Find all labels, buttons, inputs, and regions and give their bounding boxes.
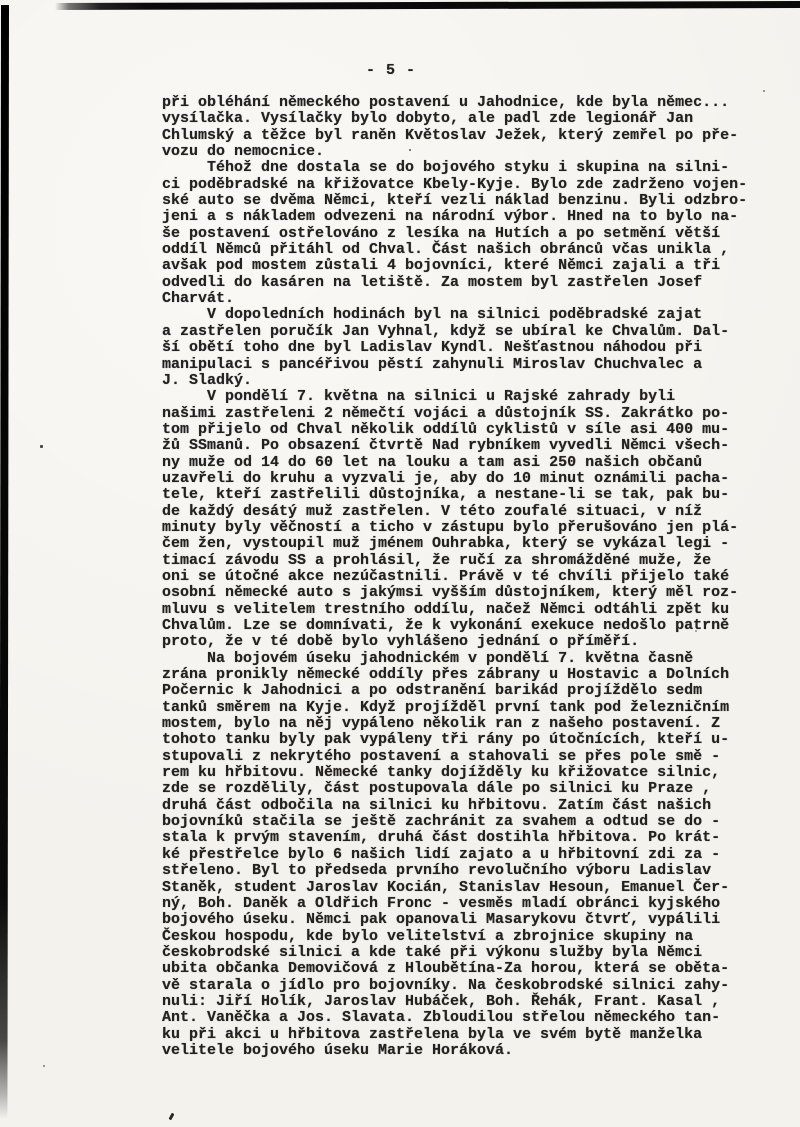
text-line: vozu do nemocnice. bbox=[162, 144, 762, 160]
text-line: při obléhání německého postavení u Jahod… bbox=[162, 95, 762, 111]
text-line: manipulaci s pancéřivou pěstí zahynuli M… bbox=[162, 357, 762, 373]
text-line: oni se útočné akce nezúčastnili. Právě v… bbox=[162, 569, 762, 585]
text-line: zde se rozdělily, část postupovala dále … bbox=[162, 781, 762, 797]
text-line: Počernic k Jahodnici a po odstranění bar… bbox=[162, 683, 762, 699]
text-line: Téhož dne dostala se do bojového styku i… bbox=[162, 160, 762, 176]
scan-speck bbox=[43, 1065, 45, 1067]
typewritten-text: při obléhání německého postavení u Jahod… bbox=[162, 95, 762, 1059]
text-line: Ant. Vaněčka a Jos. Slavata. Zbloudilou … bbox=[162, 1010, 762, 1026]
text-line: J. Sladký. bbox=[162, 373, 762, 389]
scan-edge-left-bar bbox=[0, 5, 9, 1119]
text-line: vysílačka. Vysílačky bylo dobyto, ale pa… bbox=[162, 111, 762, 127]
text-line: ské auto se dvěma Němci, kteří vezli nák… bbox=[162, 193, 762, 209]
scan-speck bbox=[40, 445, 43, 448]
text-line: střeleno. Byl to předseda prvního revolu… bbox=[162, 863, 762, 879]
text-line: našimi zastřeleni 2 němečtí vojáci a důs… bbox=[162, 406, 762, 422]
text-line: druhá část odbočila na silnici ku hřbito… bbox=[162, 798, 762, 814]
text-line: ku při akci u hřbitova zastřelena byla v… bbox=[162, 1027, 762, 1043]
page-number: - 5 - bbox=[366, 62, 416, 79]
text-line: vě starala o jídlo pro bojovníky. Na čes… bbox=[162, 978, 762, 994]
text-line: žů SSmanů. Po obsazení čtvrtě Nad rybník… bbox=[162, 438, 762, 454]
text-line: a zastřelen poručík Jan Vyhnal, když se … bbox=[162, 324, 762, 340]
text-line: Českou hospodu, kde bylo velitelství a z… bbox=[162, 929, 762, 945]
text-line: rem ku hřbitovu. Německé tanky dojížděly… bbox=[162, 765, 762, 781]
scan-speck bbox=[169, 1113, 175, 1121]
text-line: velitele bojového úseku Marie Horáková. bbox=[162, 1043, 762, 1059]
scan-speck bbox=[695, 630, 697, 632]
scan-edge-top-band bbox=[55, 1, 800, 10]
text-line: uzavřeli do kruhu a vyzvali je, aby do 1… bbox=[162, 471, 762, 487]
text-line: českobrodské silnici a kde také při výko… bbox=[162, 945, 762, 961]
text-line: Chlumský a těžce byl raněn Květoslav Jež… bbox=[162, 128, 762, 144]
text-line: Na bojovém úseku jahodnickém v pondělí 7… bbox=[162, 651, 762, 667]
text-line: mluvu s velitelem trestního oddílu, nače… bbox=[162, 602, 762, 618]
text-line: ší obětí toho dne byl Ladislav Kyndl. Ne… bbox=[162, 340, 762, 356]
text-line: timací závodu SS a prohlásil, že ručí za… bbox=[162, 553, 762, 569]
text-line: avšak pod mostem zůstali 4 bojovníci, kt… bbox=[162, 258, 762, 274]
text-line: bojového úseku. Němci pak opanovali Masa… bbox=[162, 912, 762, 928]
text-line: minuty byly věčností a ticho v zástupu b… bbox=[162, 520, 762, 536]
text-line: de každý desátý muž zastřelen. V této zo… bbox=[162, 504, 762, 520]
text-line: ny muže od 14 do 60 let na louku a tam a… bbox=[162, 455, 762, 471]
text-line: oddíl Němců přitáhl od Chval. Část našic… bbox=[162, 242, 762, 258]
text-line: Chvalům. Lze se domnívati, že k vykonání… bbox=[162, 618, 762, 634]
text-line: V dopoledních hodinách byl na silnici po… bbox=[162, 307, 762, 323]
text-line: zrána pronikly německé oddíly přes zábra… bbox=[162, 667, 762, 683]
text-line: V pondělí 7. května na silnici u Rajské … bbox=[162, 389, 762, 405]
text-line: ný, Boh. Daněk a Oldřich Fronc - vesměs … bbox=[162, 896, 762, 912]
scan-speck bbox=[763, 90, 765, 92]
text-line: tanků směrem na Kyje. Když projížděl prv… bbox=[162, 700, 762, 716]
text-line: tele, kteří zastřelili důstojníka, a nes… bbox=[162, 487, 762, 503]
text-line: še postavení ostřelováno z lesíka na Hut… bbox=[162, 226, 762, 242]
text-line: stala k prvým stavením, druhá část dosti… bbox=[162, 830, 762, 846]
text-line: ubita občanka Demovičová z Hloubětína-Za… bbox=[162, 961, 762, 977]
text-line: tom přijelo od Chval několik oddílů cykl… bbox=[162, 422, 762, 438]
text-line: tohoto tanku byly pak vypáleny tři rány … bbox=[162, 732, 762, 748]
text-line: proto, že v té době bylo vyhlášeno jedná… bbox=[162, 634, 762, 650]
scan-speck bbox=[409, 149, 411, 151]
text-line: čem žen, vystoupil muž jménem Ouhrabka, … bbox=[162, 536, 762, 552]
text-line: jeni a s nákladem odvezeni na národní vý… bbox=[162, 209, 762, 225]
scanned-page: - 5 - při obléhání německého postavení u… bbox=[0, 0, 800, 1127]
text-line: odvedli do kasáren na letiště. Za mostem… bbox=[162, 275, 762, 291]
text-line: nuli: Jiří Holík, Jaroslav Hubáček, Boh.… bbox=[162, 994, 762, 1010]
text-line: ci poděbradské na křižovatce Kbely-Kyje.… bbox=[162, 177, 762, 193]
text-line: ké přestřelce bylo 6 našich lidí zajato … bbox=[162, 847, 762, 863]
text-line: Staněk, student Jaroslav Kocián, Stanisl… bbox=[162, 880, 762, 896]
text-line: stupovali z nekrytého postavení a stahov… bbox=[162, 749, 762, 765]
text-line: mostem, bylo na něj vypáleno několik ran… bbox=[162, 716, 762, 732]
text-line: osobní německé auto s jakýmsi vyšším důs… bbox=[162, 585, 762, 601]
